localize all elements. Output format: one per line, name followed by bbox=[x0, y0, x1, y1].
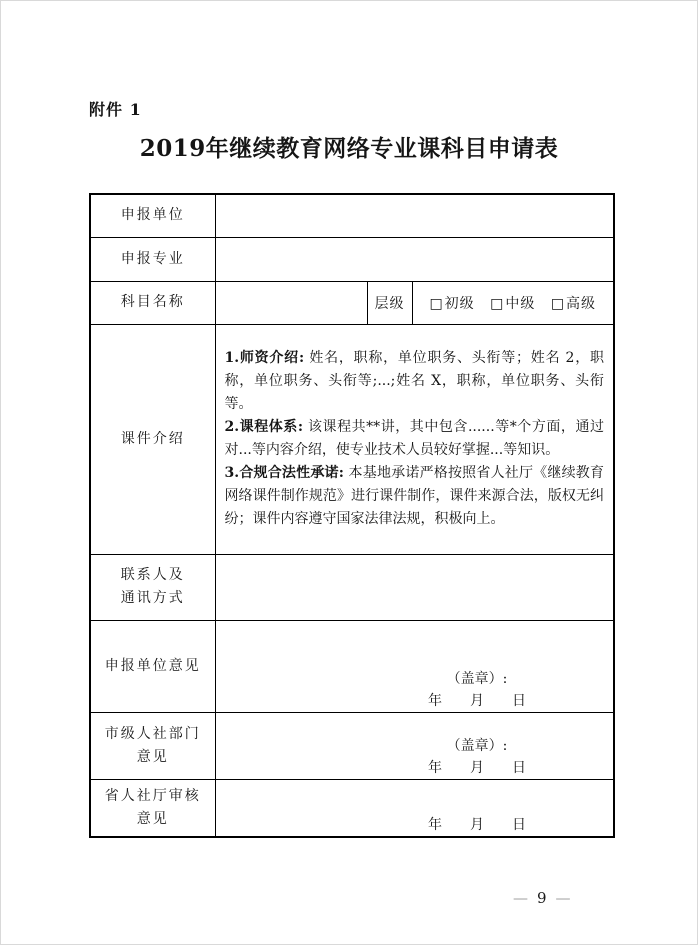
row-declare-unit: 申报单位 bbox=[90, 194, 614, 237]
row-declare-major: 申报专业 bbox=[90, 237, 614, 281]
row-city-opinion: 市级人社部门 意见 （盖章）: 年 月 日 bbox=[90, 712, 614, 779]
contact-label: 联系人及 通讯方式 bbox=[90, 554, 215, 620]
level-label: 层级 bbox=[367, 281, 412, 324]
declare-unit-label: 申报单位 bbox=[90, 194, 215, 237]
level-option-elementary-label: 初级 bbox=[445, 296, 475, 312]
province-opinion-stamp-block: 年 月 日 bbox=[341, 814, 613, 836]
courseware-item-teachers-heading: 1.师资介绍: bbox=[225, 350, 305, 366]
contact-value bbox=[215, 554, 614, 620]
row-province-opinion: 省人社厅审核 意见 年 月 日 bbox=[90, 779, 614, 837]
province-opinion-label: 省人社厅审核 意见 bbox=[90, 779, 215, 837]
row-unit-opinion: 申报单位意见 （盖章）: 年 月 日 bbox=[90, 620, 614, 712]
city-opinion-stamp-block: （盖章）: 年 月 日 bbox=[341, 736, 613, 779]
courseware-item-compliance-heading: 3.合规合法性承诺: bbox=[225, 465, 344, 481]
courseware-item-curriculum: 2.课程体系: 该课程共**讲，其中包含......等*个方面，通过对...等内… bbox=[225, 416, 605, 462]
page-number-value: 9 bbox=[537, 889, 547, 907]
unit-opinion-label: 申报单位意见 bbox=[90, 620, 215, 712]
courseware-item-teachers: 1.师资介绍: 姓名，职称，单位职务、头衔等；姓名 2，职称，单位职务、头衔等;… bbox=[225, 347, 605, 416]
declare-major-value bbox=[215, 237, 614, 281]
courseware-item-compliance: 3.合规合法性承诺: 本基地承诺严格按照省人社厅《继续教育网络课件制作规范》进行… bbox=[225, 462, 605, 531]
checkbox-intermediate-icon[interactable]: □ bbox=[490, 296, 504, 312]
subject-name-label: 科目名称 bbox=[90, 281, 215, 324]
level-options: □初级 □中级 □高级 bbox=[412, 281, 614, 324]
subject-name-value bbox=[215, 281, 367, 324]
document-page: 附件 1 2019年继续教育网络专业课科目申请表 申报单位 申报专业 科目名称 … bbox=[0, 0, 698, 945]
row-contact: 联系人及 通讯方式 bbox=[90, 554, 614, 620]
city-opinion-date: 年 月 日 bbox=[341, 757, 613, 779]
row-subject-name: 科目名称 层级 □初级 □中级 □高级 bbox=[90, 281, 614, 324]
checkbox-advanced-icon[interactable]: □ bbox=[551, 296, 565, 312]
declare-major-label: 申报专业 bbox=[90, 237, 215, 281]
attachment-label: 附件 1 bbox=[89, 97, 142, 120]
unit-opinion-sign-area: （盖章）: 年 月 日 bbox=[215, 620, 614, 712]
province-opinion-date: 年 月 日 bbox=[341, 814, 613, 836]
province-opinion-sign-area: 年 月 日 bbox=[215, 779, 614, 837]
city-opinion-stamp: （盖章）: bbox=[341, 736, 613, 757]
row-courseware-intro: 课件介绍 1.师资介绍: 姓名，职称，单位职务、头衔等；姓名 2，职称，单位职务… bbox=[90, 324, 614, 554]
page-title: 2019年继续教育网络专业课科目申请表 bbox=[1, 130, 697, 163]
courseware-content: 1.师资介绍: 姓名，职称，单位职务、头衔等；姓名 2，职称，单位职务、头衔等;… bbox=[215, 324, 614, 554]
unit-opinion-stamp-block: （盖章）: 年 月 日 bbox=[341, 669, 613, 712]
application-form-table: 申报单位 申报专业 科目名称 层级 □初级 □中级 □高级 课件介绍 1.师资介… bbox=[89, 193, 615, 838]
city-opinion-sign-area: （盖章）: 年 月 日 bbox=[215, 712, 614, 779]
level-option-advanced: □高级 bbox=[551, 296, 596, 312]
unit-opinion-stamp: （盖章）: bbox=[341, 669, 613, 690]
courseware-label: 课件介绍 bbox=[90, 324, 215, 554]
level-option-advanced-label: 高级 bbox=[566, 296, 596, 312]
level-option-elementary: □初级 bbox=[429, 296, 474, 312]
level-option-intermediate: □中级 bbox=[490, 296, 535, 312]
level-option-intermediate-label: 中级 bbox=[505, 296, 535, 312]
page-number: —9— bbox=[513, 889, 571, 907]
declare-unit-value bbox=[215, 194, 614, 237]
checkbox-elementary-icon[interactable]: □ bbox=[429, 296, 443, 312]
city-opinion-label: 市级人社部门 意见 bbox=[90, 712, 215, 779]
courseware-item-curriculum-heading: 2.课程体系: bbox=[225, 419, 304, 435]
page-number-dash-left: — bbox=[513, 889, 528, 907]
page-number-dash-right: — bbox=[556, 889, 571, 907]
unit-opinion-date: 年 月 日 bbox=[341, 690, 613, 712]
